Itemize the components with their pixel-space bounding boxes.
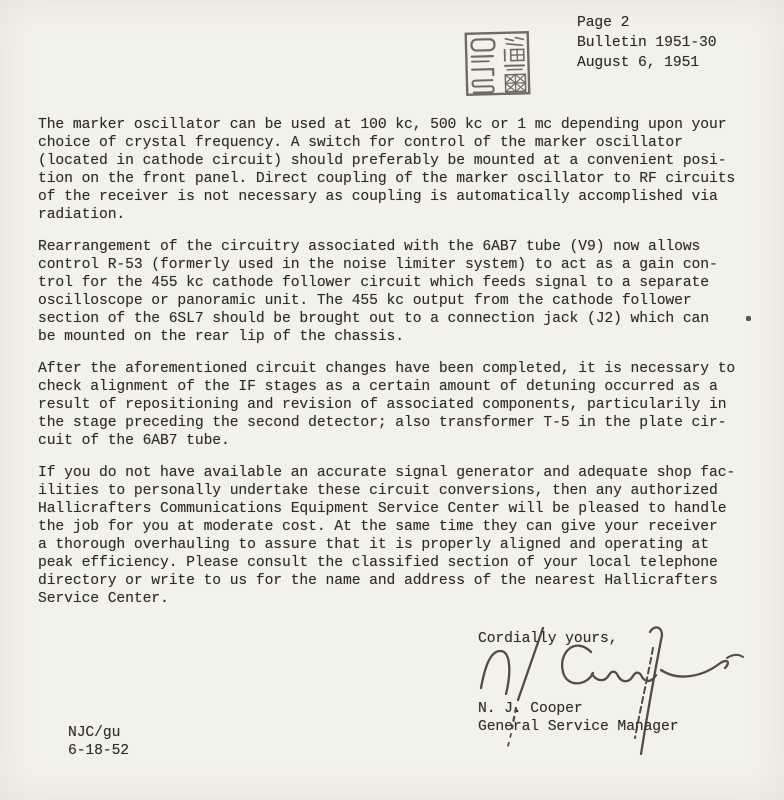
paragraph-if-alignment: After the aforementioned circuit changes… <box>38 360 766 450</box>
bulletin-number: Bulletin 1951-30 <box>577 33 716 53</box>
paragraph-service-center: If you do not have available an accurate… <box>38 464 766 608</box>
paragraph-marker-oscillator: The marker oscillator can be used at 100… <box>38 116 766 224</box>
page-number: Page 2 <box>577 13 716 33</box>
reference-block: NJC/gu 6-18-52 <box>68 724 129 760</box>
header-date: August 6, 1951 <box>577 53 716 73</box>
paragraph-circuit-rearrangement: Rearrangement of the circuitry associate… <box>38 238 766 346</box>
handwritten-signature <box>385 616 770 761</box>
page-header: Page 2 Bulletin 1951-30 August 6, 1951 <box>577 13 716 73</box>
scanned-letter-page: Page 2 Bulletin 1951-30 August 6, 1951 <box>0 0 784 800</box>
reference-date: 6-18-52 <box>68 742 129 760</box>
typist-initials: NJC/gu <box>68 724 129 742</box>
ink-speck <box>746 316 751 321</box>
seal-stamp-icon <box>464 30 532 98</box>
letter-body: The marker oscillator can be used at 100… <box>38 116 766 622</box>
